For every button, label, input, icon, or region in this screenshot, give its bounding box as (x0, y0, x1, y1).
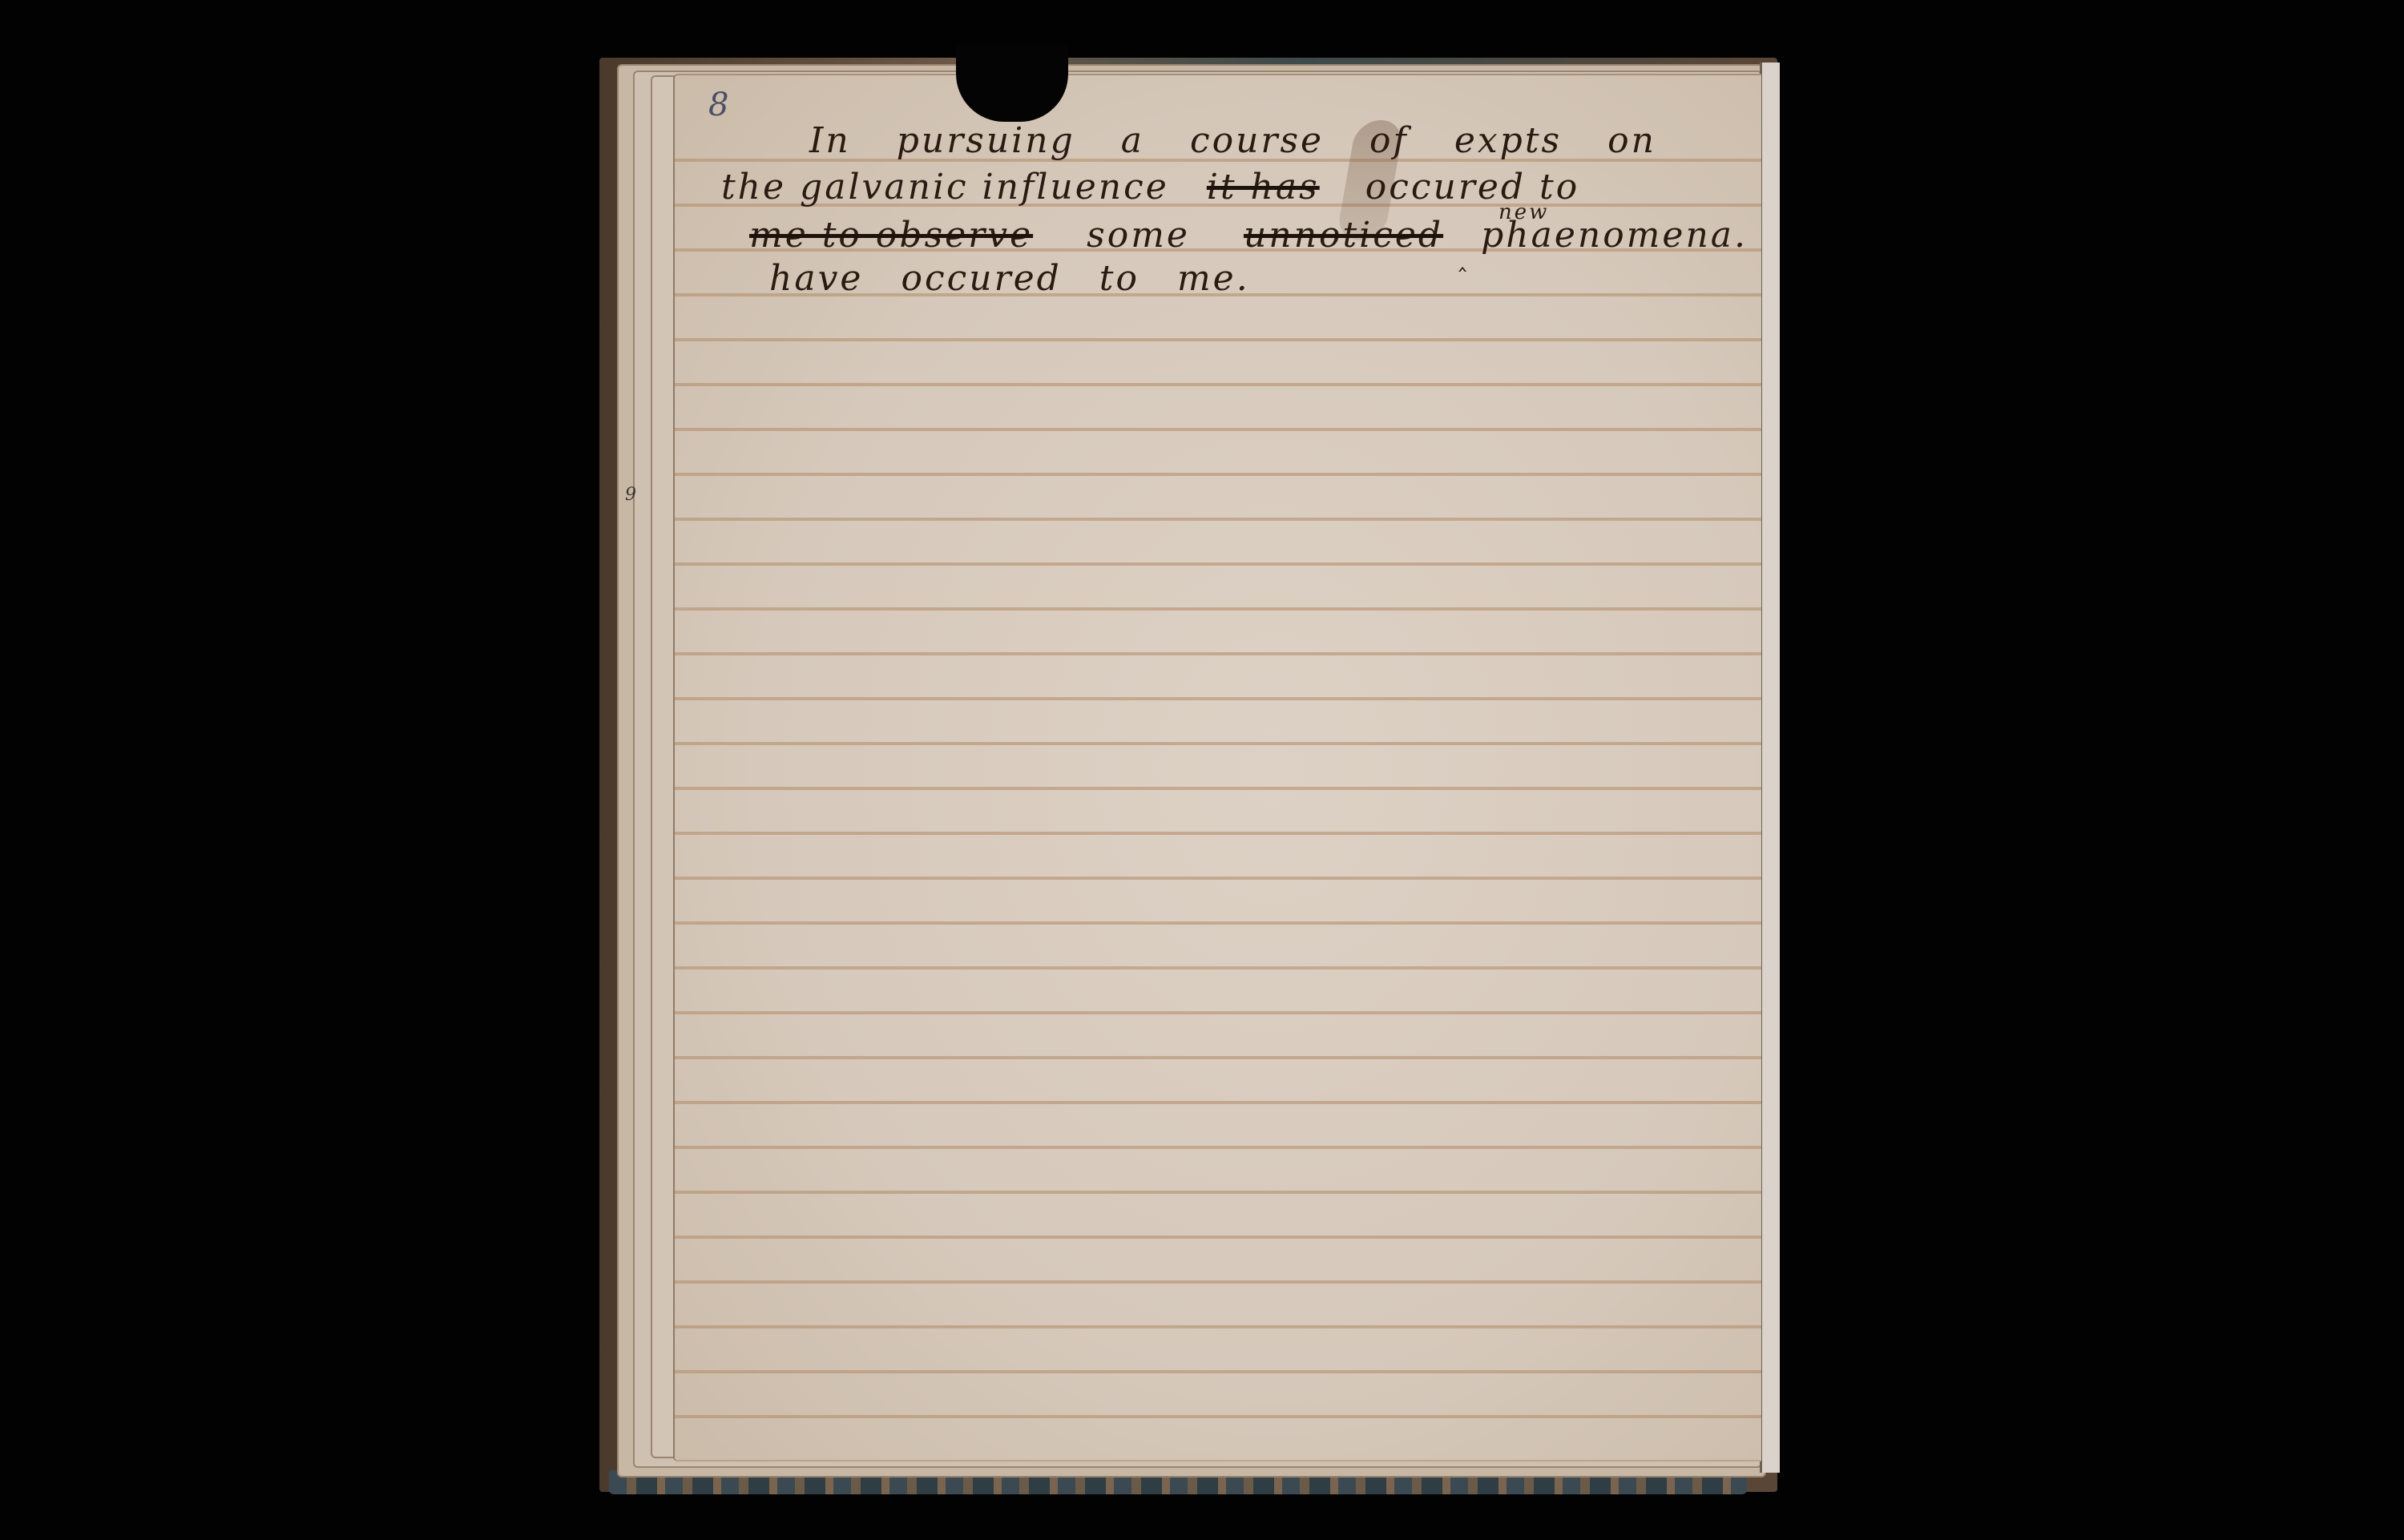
text-fragment: the galvanic influence (721, 167, 1169, 208)
ruled-line (675, 383, 1761, 386)
ruled-line (675, 518, 1761, 521)
ruled-line (675, 697, 1761, 700)
ruled-line (675, 1236, 1761, 1239)
ruled-line (675, 428, 1761, 431)
ruled-line (675, 607, 1761, 611)
ruled-line (675, 877, 1761, 880)
ruled-line (675, 966, 1761, 970)
ruled-line (675, 562, 1761, 566)
ruled-line (675, 652, 1761, 655)
ruled-line (675, 1370, 1761, 1373)
insertion-caret-icon: ‸ (1458, 244, 1466, 272)
text-line-4: have occured to me. (769, 258, 1250, 299)
page-number: 8 (708, 87, 728, 123)
struck-text: it has (1207, 167, 1320, 208)
struck-text: unnoticed (1244, 215, 1443, 256)
ruled-line (675, 1325, 1761, 1328)
ruled-line (675, 1101, 1761, 1104)
right-page-edge (1760, 62, 1780, 1473)
ruled-line (675, 1460, 1761, 1461)
ruled-line (675, 787, 1761, 790)
ruled-line (675, 832, 1761, 835)
ruled-line (675, 1191, 1761, 1194)
text-line-1: In pursuing a course of expts on (809, 120, 1656, 161)
black-tab-clip (956, 44, 1068, 122)
struck-text: me to observe (749, 215, 1033, 256)
ruled-line (675, 742, 1761, 745)
ruled-line (675, 338, 1761, 341)
ruled-line (675, 1146, 1761, 1149)
text-fragment: some (1087, 215, 1190, 256)
text-fragment: phaenomena. (1481, 215, 1748, 256)
ruled-line (675, 1415, 1761, 1418)
text-line-2: the galvanic influence it has occured to (721, 167, 1579, 208)
ruled-line (675, 1280, 1761, 1284)
ruled-line (675, 1011, 1761, 1014)
ruled-line (675, 1056, 1761, 1059)
ruled-line (675, 921, 1761, 925)
under-page-number: 9 (625, 485, 636, 505)
ruled-line (675, 473, 1761, 476)
text-line-3: me to observe some unnoticed phaenomena. (749, 215, 1748, 256)
